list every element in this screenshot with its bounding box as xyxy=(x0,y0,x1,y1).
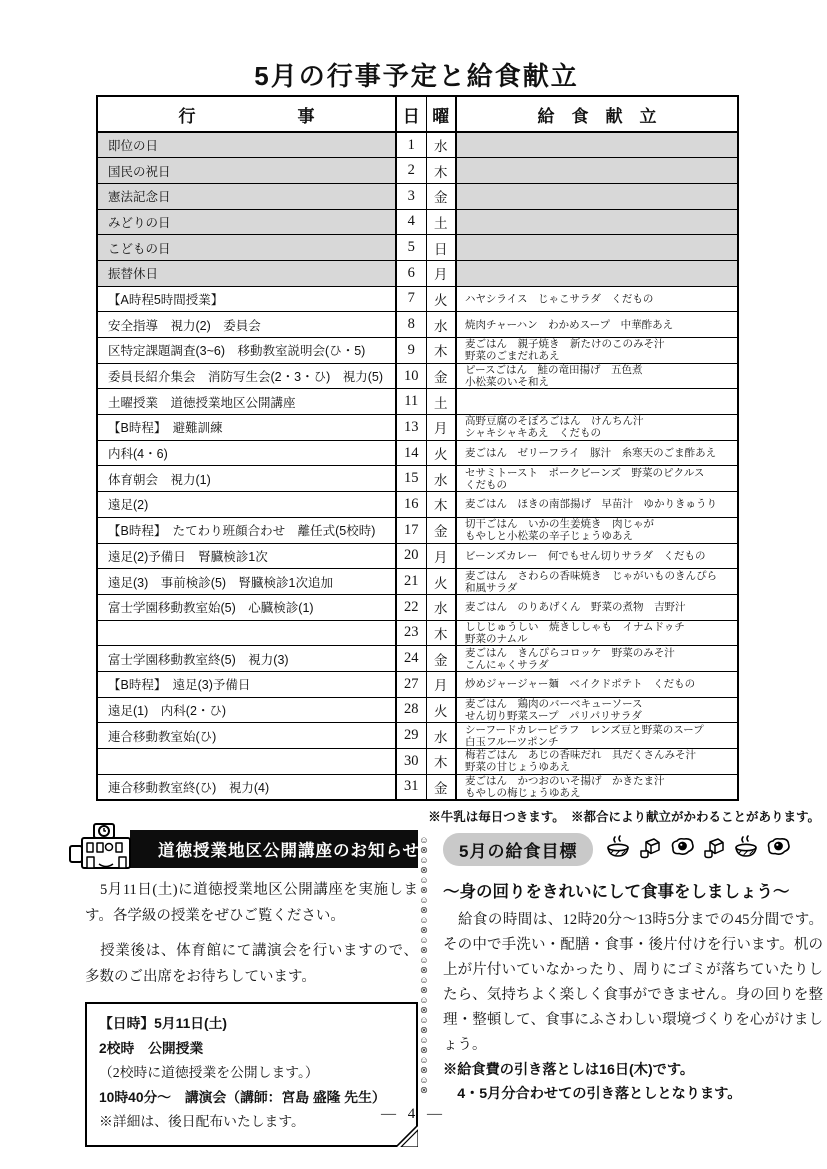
day-cell: 31 xyxy=(396,774,426,800)
day-cell: 27 xyxy=(396,671,426,697)
menu-line: ハヤシライス じゃこサラダ くだもの xyxy=(465,293,737,305)
table-row: 23木ししじゅうしい 焼きししゃも イナムドゥチ野菜のナムル xyxy=(97,620,738,646)
table-row: 連合移動教室終(ひ) 視力(4)31金麦ごはん かつおのいそ揚げ かきたま汁もや… xyxy=(97,774,738,800)
day-cell: 10 xyxy=(396,363,426,389)
table-header-row: 行 事 日 曜 給 食 献 立 xyxy=(97,96,738,132)
footnote-milk: ※牛乳は毎日つきます。 xyxy=(428,810,558,824)
event-cell: 連合移動教室終(ひ) 視力(4) xyxy=(97,774,396,800)
header-weekday: 曜 xyxy=(426,96,456,132)
page-number: ― 4 ― xyxy=(0,1106,827,1123)
event-cell: 連合移動教室始(ひ) xyxy=(97,723,396,749)
day-cell: 11 xyxy=(396,389,426,415)
day-cell: 22 xyxy=(396,594,426,620)
moral-banner-title: 道徳授業地区公開講座のお知らせ xyxy=(158,842,420,860)
menu-cell xyxy=(456,389,738,415)
weekday-cell: 月 xyxy=(426,543,456,569)
event-cell: 振替休日 xyxy=(97,260,396,286)
table-row: 内科(4・6)14火麦ごはん ゼリーフライ 豚汁 糸寒天のごま酢あえ xyxy=(97,440,738,466)
header-menu: 給 食 献 立 xyxy=(456,96,738,132)
menu-line: シャキシャキあえ くだもの xyxy=(465,427,737,439)
table-row: 【A時程5時間授業】7火ハヤシライス じゃこサラダ くだもの xyxy=(97,286,738,312)
menu-cell: 切干ごはん いかの生姜焼き 肉じゃがもやしと小松菜の辛子じょうゆあえ xyxy=(456,517,738,543)
menu-cell: 麦ごはん さわらの香味焼き じゃがいものきんぴら和風サラダ xyxy=(456,569,738,595)
event-cell: 【B時程】 避難訓練 xyxy=(97,415,396,441)
day-cell: 21 xyxy=(396,569,426,595)
weekday-cell: 木 xyxy=(426,338,456,364)
day-cell: 7 xyxy=(396,286,426,312)
event-cell: 【B時程】 遠足(3)予備日 xyxy=(97,671,396,697)
day-cell: 6 xyxy=(396,260,426,286)
event-cell: 遠足(2) xyxy=(97,492,396,518)
menu-cell: 梅若ごはん あじの香味だれ 具だくさんみそ汁野菜の甘じょうゆあえ xyxy=(456,749,738,775)
menu-cell: ハヤシライス じゃこサラダ くだもの xyxy=(456,286,738,312)
milk-carton-icon xyxy=(701,835,728,865)
event-cell: 土曜授業 道徳授業地区公開講座 xyxy=(97,389,396,415)
table-row: 振替休日6月 xyxy=(97,260,738,286)
table-row: 【B時程】 避難訓練13月高野豆腐のそぼろごはん けんちん汁シャキシャキあえ く… xyxy=(97,415,738,441)
table-row: 遠足(2)予備日 腎臓検診1次20月ビーンズカレー 何でもせん切りサラダ くだも… xyxy=(97,543,738,569)
day-cell: 15 xyxy=(396,466,426,492)
menu-line: 白玉フルーツポンチ xyxy=(465,736,737,748)
moral-paragraph-1: 5月11日(土)に道徳授業地区公開講座を実施します。各学級の授業をぜひご覧くださ… xyxy=(85,877,418,929)
menu-line: 麦ごはん きんぴらコロッケ 野菜のみそ汁 xyxy=(465,647,737,659)
fried-egg-icon xyxy=(765,836,792,864)
event-cell: みどりの日 xyxy=(97,209,396,235)
menu-line: 野菜の甘じょうゆあえ xyxy=(465,761,737,773)
menu-cell: 炒めジャージャー麺 ベイクドポテト くだもの xyxy=(456,671,738,697)
menu-line: くだもの xyxy=(465,479,737,491)
table-row: 安全指導 視力(2) 委員会8水焼肉チャーハン わかめスープ 中華酢あえ xyxy=(97,312,738,338)
menu-cell: ししじゅうしい 焼きししゃも イナムドゥチ野菜のナムル xyxy=(456,620,738,646)
menu-line: 麦ごはん ゼリーフライ 豚汁 糸寒天のごま酢あえ xyxy=(465,447,737,459)
table-row: 遠足(2)16木麦ごはん ほきの南部揚げ 早苗汁 ゆかりきゅうり xyxy=(97,492,738,518)
event-info-box: 【日時】5月11日(土)2校時 公開授業（2校時に道徳授業を公開します。）10時… xyxy=(85,1002,418,1147)
menu-cell: シーフードカレーピラフ レンズ豆と野菜のスープ白玉フルーツポンチ xyxy=(456,723,738,749)
footnote-change: ※都合により献立がかわることがあります。 xyxy=(571,810,820,824)
weekday-cell: 水 xyxy=(426,132,456,158)
school-building-icon xyxy=(68,822,140,879)
lunch-goal-badge: 5月の給食目標 xyxy=(443,833,593,866)
food-icons-row xyxy=(605,835,792,865)
table-row: 即位の日1水 xyxy=(97,132,738,158)
lunch-goal-section: 5月の給食目標 ～身の回りをきれいにして食事をしましょう～ 給食の時間は、12時… xyxy=(443,833,823,1106)
table-row: 国民の祝日2木 xyxy=(97,158,738,184)
day-cell: 1 xyxy=(396,132,426,158)
weekday-cell: 木 xyxy=(426,492,456,518)
table-row: 区特定課題調査(3~6) 移動教室説明会(ひ・5)9木麦ごはん 親子焼き 新たけ… xyxy=(97,338,738,364)
event-cell: 遠足(2)予備日 腎臓検診1次 xyxy=(97,543,396,569)
weekday-cell: 月 xyxy=(426,260,456,286)
lunch-goal-heading: ～身の回りをきれいにして食事をしましょう～ xyxy=(443,878,823,902)
table-row: 30木梅若ごはん あじの香味だれ 具だくさんみそ汁野菜の甘じょうゆあえ xyxy=(97,749,738,775)
weekday-cell: 火 xyxy=(426,697,456,723)
table-row: 【B時程】 遠足(3)予備日27月炒めジャージャー麺 ベイクドポテト くだもの xyxy=(97,671,738,697)
menu-line: もやしの梅じょうゆあえ xyxy=(465,787,737,799)
table-row: 土曜授業 道徳授業地区公開講座11土 xyxy=(97,389,738,415)
menu-line: 麦ごはん 鶏肉のバーベキューソース xyxy=(465,698,737,710)
weekday-cell: 金 xyxy=(426,517,456,543)
weekday-cell: 日 xyxy=(426,235,456,261)
decorative-divider: ☺⊗☺⊗☺⊗☺⊗☺⊗☺⊗☺⊗☺⊗☺⊗☺⊗☺⊗☺⊗☺⊗ xyxy=(416,836,432,1096)
moral-lecture-section: 道徳授業地区公開講座のお知らせ 5月11日(土)に道徳授業地区公開講座を実施しま… xyxy=(85,830,418,1147)
menu-cell xyxy=(456,235,738,261)
weekday-cell: 木 xyxy=(426,620,456,646)
table-row: 【B時程】 たてわり班顔合わせ 離任式(5校時)17金切干ごはん いかの生姜焼き… xyxy=(97,517,738,543)
menu-cell xyxy=(456,158,738,184)
fried-egg-icon xyxy=(669,836,696,864)
info-box-line: 2校時 公開授業 xyxy=(99,1037,406,1062)
event-cell: 【B時程】 たてわり班顔合わせ 離任式(5校時) xyxy=(97,517,396,543)
day-cell: 20 xyxy=(396,543,426,569)
weekday-cell: 火 xyxy=(426,569,456,595)
event-cell: 富士学園移動教室始(5) 心臓検診(1) xyxy=(97,594,396,620)
table-row: みどりの日4土 xyxy=(97,209,738,235)
menu-line: 麦ごはん ほきの南部揚げ 早苗汁 ゆかりきゅうり xyxy=(465,498,737,510)
weekday-cell: 土 xyxy=(426,389,456,415)
table-row: 富士学園移動教室終(5) 視力(3)24金麦ごはん きんぴらコロッケ 野菜のみそ… xyxy=(97,646,738,672)
menu-cell xyxy=(456,209,738,235)
weekday-cell: 木 xyxy=(426,158,456,184)
weekday-cell: 水 xyxy=(426,466,456,492)
menu-cell: ビーンズカレー 何でもせん切りサラダ くだもの xyxy=(456,543,738,569)
schedule-table-wrap: 行 事 日 曜 給 食 献 立 即位の日1水国民の祝日2木憲法記念日3金みどりの… xyxy=(96,95,739,801)
event-cell: 内科(4・6) xyxy=(97,440,396,466)
header-day: 日 xyxy=(396,96,426,132)
menu-line: ビーンズカレー 何でもせん切りサラダ くだもの xyxy=(465,550,737,562)
weekday-cell: 水 xyxy=(426,594,456,620)
menu-line: 麦ごはん さわらの香味焼き じゃがいものきんぴら xyxy=(465,570,737,582)
day-cell: 17 xyxy=(396,517,426,543)
divider-glyph-icon: ⊗ xyxy=(420,1086,428,1096)
menu-cell: 麦ごはん きんぴらコロッケ 野菜のみそ汁こんにゃくサラダ xyxy=(456,646,738,672)
day-cell: 3 xyxy=(396,183,426,209)
event-cell: 【A時程5時間授業】 xyxy=(97,286,396,312)
menu-line: セサミトースト ポークビーンズ 野菜のピクルス xyxy=(465,467,737,479)
menu-cell: 高野豆腐のそぼろごはん けんちん汁シャキシャキあえ くだもの xyxy=(456,415,738,441)
menu-line: 小松菜のいそ和え xyxy=(465,376,737,388)
menu-line: 梅若ごはん あじの香味だれ 具だくさんみそ汁 xyxy=(465,749,737,761)
menu-cell: 麦ごはん のりあげくん 野菜の煮物 吉野汁 xyxy=(456,594,738,620)
menu-line: 和風サラダ xyxy=(465,582,737,594)
info-box-line: （2校時に道徳授業を公開します。） xyxy=(99,1061,406,1086)
weekday-cell: 土 xyxy=(426,209,456,235)
weekday-cell: 木 xyxy=(426,749,456,775)
info-box-line: 【日時】5月11日(土) xyxy=(99,1012,406,1037)
day-cell: 16 xyxy=(396,492,426,518)
table-row: こどもの日5日 xyxy=(97,235,738,261)
weekday-cell: 月 xyxy=(426,671,456,697)
table-row: 体育朝会 視力(1)15水セサミトースト ポークビーンズ 野菜のピクルスくだもの xyxy=(97,466,738,492)
lunch-fee-note-2: 4・5月分合わせての引き落としとなります。 xyxy=(443,1082,823,1106)
newsletter-page: 5月の行事予定と給食献立 行 事 日 曜 給 食 献 立 即位の日1水国民の祝日… xyxy=(0,0,827,1169)
day-cell: 14 xyxy=(396,440,426,466)
menu-cell: 焼肉チャーハン わかめスープ 中華酢あえ xyxy=(456,312,738,338)
table-row: 憲法記念日3金 xyxy=(97,183,738,209)
event-cell xyxy=(97,749,396,775)
menu-cell xyxy=(456,260,738,286)
day-cell: 5 xyxy=(396,235,426,261)
event-cell: 安全指導 視力(2) 委員会 xyxy=(97,312,396,338)
event-cell: 区特定課題調査(3~6) 移動教室説明会(ひ・5) xyxy=(97,338,396,364)
menu-cell: セサミトースト ポークビーンズ 野菜のピクルスくだもの xyxy=(456,466,738,492)
weekday-cell: 金 xyxy=(426,774,456,800)
day-cell: 24 xyxy=(396,646,426,672)
menu-cell: 麦ごはん かつおのいそ揚げ かきたま汁もやしの梅じょうゆあえ xyxy=(456,774,738,800)
day-cell: 4 xyxy=(396,209,426,235)
menu-cell: 麦ごはん 鶏肉のバーベキューソースせん切り野菜スープ パリパリサラダ xyxy=(456,697,738,723)
steaming-bowl-icon xyxy=(733,835,760,865)
weekday-cell: 火 xyxy=(426,286,456,312)
moral-paragraph-2: 授業後は、体育館にて講演会を行いますので、多数のご出席をお待ちしています。 xyxy=(85,938,418,990)
weekday-cell: 火 xyxy=(426,440,456,466)
event-cell: 富士学園移動教室終(5) 視力(3) xyxy=(97,646,396,672)
event-cell: 体育朝会 視力(1) xyxy=(97,466,396,492)
menu-line: 焼肉チャーハン わかめスープ 中華酢あえ xyxy=(465,319,737,331)
event-cell: 即位の日 xyxy=(97,132,396,158)
steaming-bowl-icon xyxy=(605,835,632,865)
menu-line: せん切り野菜スープ パリパリサラダ xyxy=(465,710,737,722)
menu-line: 麦ごはん 親子焼き 新たけのこのみそ汁 xyxy=(465,338,737,350)
menu-cell: 麦ごはん 親子焼き 新たけのこのみそ汁野菜のごまだれあえ xyxy=(456,338,738,364)
menu-line: 高野豆腐のそぼろごはん けんちん汁 xyxy=(465,415,737,427)
event-cell: 憲法記念日 xyxy=(97,183,396,209)
menu-line: こんにゃくサラダ xyxy=(465,659,737,671)
menu-line: もやしと小松菜の辛子じょうゆあえ xyxy=(465,530,737,542)
table-row: 富士学園移動教室始(5) 心臓検診(1)22水麦ごはん のりあげくん 野菜の煮物… xyxy=(97,594,738,620)
menu-line: 麦ごはん のりあげくん 野菜の煮物 吉野汁 xyxy=(465,601,737,613)
table-row: 委員長紹介集会 消防写生会(2・3・ひ) 視力(5)10金ピースごはん 鮭の竜田… xyxy=(97,363,738,389)
day-cell: 28 xyxy=(396,697,426,723)
milk-carton-icon xyxy=(637,835,664,865)
header-event: 行 事 xyxy=(97,96,396,132)
menu-cell xyxy=(456,183,738,209)
day-cell: 9 xyxy=(396,338,426,364)
menu-cell xyxy=(456,132,738,158)
day-cell: 13 xyxy=(396,415,426,441)
menu-line: シーフードカレーピラフ レンズ豆と野菜のスープ xyxy=(465,724,737,736)
menu-line: 野菜のごまだれあえ xyxy=(465,350,737,362)
event-cell: 国民の祝日 xyxy=(97,158,396,184)
schedule-table: 行 事 日 曜 給 食 献 立 即位の日1水国民の祝日2木憲法記念日3金みどりの… xyxy=(96,95,739,801)
table-row: 遠足(3) 事前検診(5) 腎臓検診1次追加21火麦ごはん さわらの香味焼き じ… xyxy=(97,569,738,595)
menu-line: 麦ごはん かつおのいそ揚げ かきたま汁 xyxy=(465,775,737,787)
menu-cell: 麦ごはん ほきの南部揚げ 早苗汁 ゆかりきゅうり xyxy=(456,492,738,518)
weekday-cell: 水 xyxy=(426,723,456,749)
weekday-cell: 金 xyxy=(426,646,456,672)
page-title: 5月の行事予定と給食献立 xyxy=(96,56,737,93)
day-cell: 8 xyxy=(396,312,426,338)
menu-line: 切干ごはん いかの生姜焼き 肉じゃが xyxy=(465,518,737,530)
lunch-fee-note-1: ※給食費の引き落としは16日(木)です。 xyxy=(443,1058,823,1082)
event-cell: 委員長紹介集会 消防写生会(2・3・ひ) 視力(5) xyxy=(97,363,396,389)
event-cell xyxy=(97,620,396,646)
day-cell: 23 xyxy=(396,620,426,646)
table-row: 遠足(1) 内科(2・ひ)28火麦ごはん 鶏肉のバーベキューソースせん切り野菜ス… xyxy=(97,697,738,723)
day-cell: 30 xyxy=(396,749,426,775)
weekday-cell: 水 xyxy=(426,312,456,338)
menu-cell: 麦ごはん ゼリーフライ 豚汁 糸寒天のごま酢あえ xyxy=(456,440,738,466)
day-cell: 29 xyxy=(396,723,426,749)
menu-cell: ピースごはん 鮭の竜田揚げ 五色煮小松菜のいそ和え xyxy=(456,363,738,389)
event-cell: 遠足(1) 内科(2・ひ) xyxy=(97,697,396,723)
day-cell: 2 xyxy=(396,158,426,184)
weekday-cell: 月 xyxy=(426,415,456,441)
menu-line: ピースごはん 鮭の竜田揚げ 五色煮 xyxy=(465,364,737,376)
table-row: 連合移動教室始(ひ)29水シーフードカレーピラフ レンズ豆と野菜のスープ白玉フル… xyxy=(97,723,738,749)
menu-line: 野菜のナムル xyxy=(465,633,737,645)
menu-line: 炒めジャージャー麺 ベイクドポテト くだもの xyxy=(465,678,737,690)
weekday-cell: 金 xyxy=(426,363,456,389)
lunch-goal-body: 給食の時間は、12時20分～13時5分までの45分間です。その中で手洗い・配膳・… xyxy=(443,908,823,1058)
event-cell: こどもの日 xyxy=(97,235,396,261)
weekday-cell: 金 xyxy=(426,183,456,209)
moral-section-banner: 道徳授業地区公開講座のお知らせ xyxy=(130,830,418,868)
menu-line: ししじゅうしい 焼きししゃも イナムドゥチ xyxy=(465,621,737,633)
folded-corner-icon xyxy=(396,1125,418,1147)
event-cell: 遠足(3) 事前検診(5) 腎臓検診1次追加 xyxy=(97,569,396,595)
